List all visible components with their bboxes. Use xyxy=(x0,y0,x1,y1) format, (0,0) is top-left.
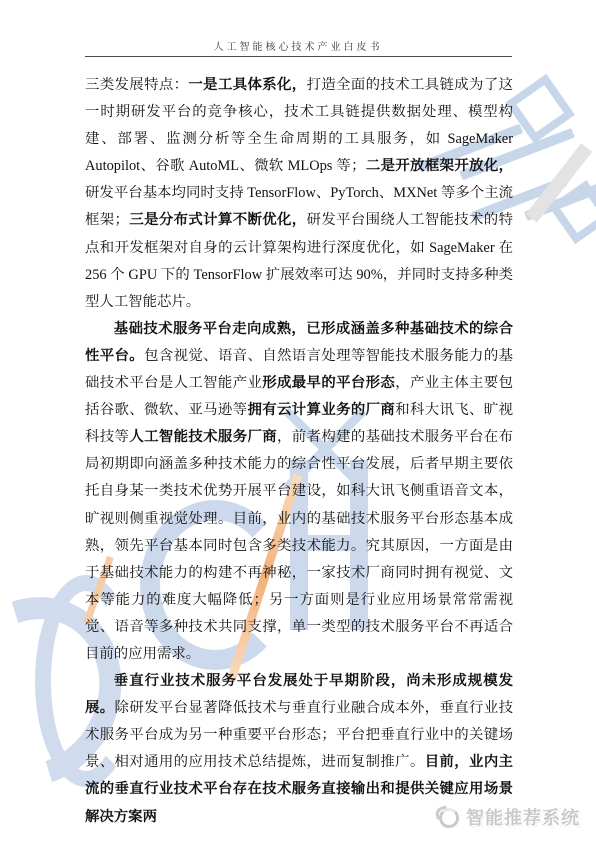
gray-slash-watermark xyxy=(526,143,592,223)
text-segment: 拥有云计算业务的厂商 xyxy=(247,402,395,418)
paragraph: 基础技术服务平台走向成熟，已形成涵盖多种基础技术的综合性平台。包含视觉、语音、自… xyxy=(85,316,513,668)
page-header-title: 人工智能核心技术产业白皮书 xyxy=(0,38,596,53)
paragraph: 三类发展特点：一是工具体系化，打造全面的技术工具链成为了这一时期研发平台的竞争核… xyxy=(85,72,513,316)
bird-body-shape xyxy=(439,808,459,828)
document-page: { "page": { "header_title": "人工智能核心技术产业白… xyxy=(0,0,596,843)
text-segment: 二是开放框架开放化， xyxy=(366,158,513,174)
bird-logo-icon xyxy=(435,806,459,828)
text-segment: ，前者构建的基础技术服务平台在布局初期即向涵盖多种技术能力的综合性平台发展，后者… xyxy=(85,429,513,662)
text-segment: 三是分布式计算不断优化， xyxy=(129,212,307,228)
stamp-stroke xyxy=(524,176,596,221)
watermark-badge-label: 智能推荐系统 xyxy=(466,804,580,830)
body-text: 三类发展特点：一是工具体系化，打造全面的技术工具链成为了这一时期研发平台的竞争核… xyxy=(85,72,513,831)
watermark-badge: 智能推荐系统 xyxy=(435,804,580,830)
stamp-stroke xyxy=(505,74,575,144)
text-segment: 形成最早的平台形态 xyxy=(262,375,395,391)
text-segment: 一是工具体系化， xyxy=(188,77,306,93)
page-number: 19 xyxy=(0,783,596,794)
header-rule xyxy=(85,56,512,57)
stamp-stroke xyxy=(549,180,596,244)
text-segment: 人工智能技术服务厂商 xyxy=(129,429,277,445)
text-segment: 三类发展特点： xyxy=(85,77,188,93)
